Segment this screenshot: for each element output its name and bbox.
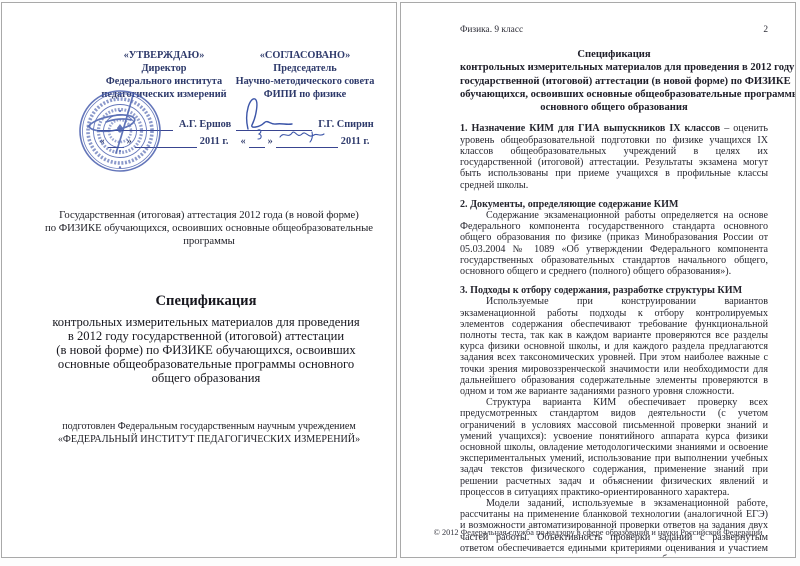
specification-title-block: Спецификация контрольных измерительных м…	[31, 293, 381, 385]
specification-line: общего образования	[31, 371, 381, 385]
prepared-by-block: подготовлен Федеральным государственным …	[32, 420, 386, 446]
title-line: Спецификация	[460, 48, 768, 61]
title-line: государственной (итоговой) аттестации (в…	[460, 75, 768, 88]
document-page-title: «УТВЕРЖДАЮ» Директор Федерального инстит…	[1, 2, 397, 558]
quote-mark: «	[240, 135, 245, 148]
specification-line: в 2012 году государственной (итоговой) а…	[31, 329, 381, 343]
specification-line: контрольных измерительных материалов для…	[31, 315, 381, 329]
prepared-by-line: подготовлен Федеральным государственным …	[32, 420, 386, 433]
page-2-content: Физика. 9 класс 2 Спецификация контрольн…	[460, 25, 768, 558]
date-year: 2011 г.	[341, 135, 370, 148]
attestation-line: программы	[34, 235, 384, 248]
document-page-2: Физика. 9 класс 2 Спецификация контрольн…	[400, 2, 796, 558]
approval-title: «СОГЛАСОВАНО»	[224, 49, 386, 62]
handwritten-signature-icon	[240, 93, 306, 131]
approval-line: Научно-методического совета	[224, 75, 386, 88]
page-number: 2	[763, 25, 768, 35]
attestation-line: Государственная (итоговая) аттестация 20…	[34, 209, 384, 222]
specification-title: Спецификация	[31, 293, 381, 310]
section-2-heading: 2. Документы, определяющие содержание КИ…	[460, 199, 768, 210]
page-2-body: 1. Назначение КИМ для ГИА выпускников IX…	[460, 123, 768, 558]
scanned-document-spread: { "colors": { "stamp_blue": "#4a5fae", "…	[0, 0, 800, 566]
title-line: контрольных измерительных материалов для…	[460, 61, 768, 74]
paragraph-purpose: 1. Назначение КИМ для ГИА выпускников IX…	[460, 123, 768, 190]
section-1-lead: 1. Назначение КИМ для ГИА выпускников IX…	[460, 123, 720, 134]
attestation-line: по ФИЗИКЕ обучающихся, освоивших основны…	[34, 222, 384, 235]
header-subject: Физика. 9 класс	[460, 25, 523, 35]
section-3-paragraph-2: Структура варианта КИМ обеспечивает пров…	[460, 397, 768, 498]
section-3-paragraph-1: Используемые при конструировании вариант…	[460, 296, 768, 397]
section-3-heading: 3. Подходы к отбору содержания, разработ…	[460, 285, 768, 296]
specification-line: основные общеобразовательные программы о…	[31, 357, 381, 371]
title-line: обучающихся, освоивших основные общеобра…	[460, 88, 768, 101]
official-round-stamp-icon	[76, 87, 164, 175]
attestation-heading: Государственная (итоговая) аттестация 20…	[34, 209, 384, 248]
title-line: основного общего образования	[460, 101, 768, 114]
specification-line: (в новой форме) по ФИЗИКЕ обучающихся, о…	[31, 343, 381, 357]
copyright-footer: © 2012 Федеральная служба по надзору в с…	[401, 528, 795, 537]
prepared-by-line: «ФЕДЕРАЛЬНЫЙ ИНСТИТУТ ПЕДАГОГИЧЕСКИХ ИЗМ…	[32, 433, 386, 446]
section-2-paragraph: Содержание экзаменационной работы опреде…	[460, 210, 768, 277]
handwritten-date-icon	[252, 127, 342, 143]
page-2-title: Спецификация контрольных измерительных м…	[460, 48, 768, 114]
approval-line: Председатель	[224, 62, 386, 75]
running-header: Физика. 9 класс 2	[460, 25, 768, 35]
